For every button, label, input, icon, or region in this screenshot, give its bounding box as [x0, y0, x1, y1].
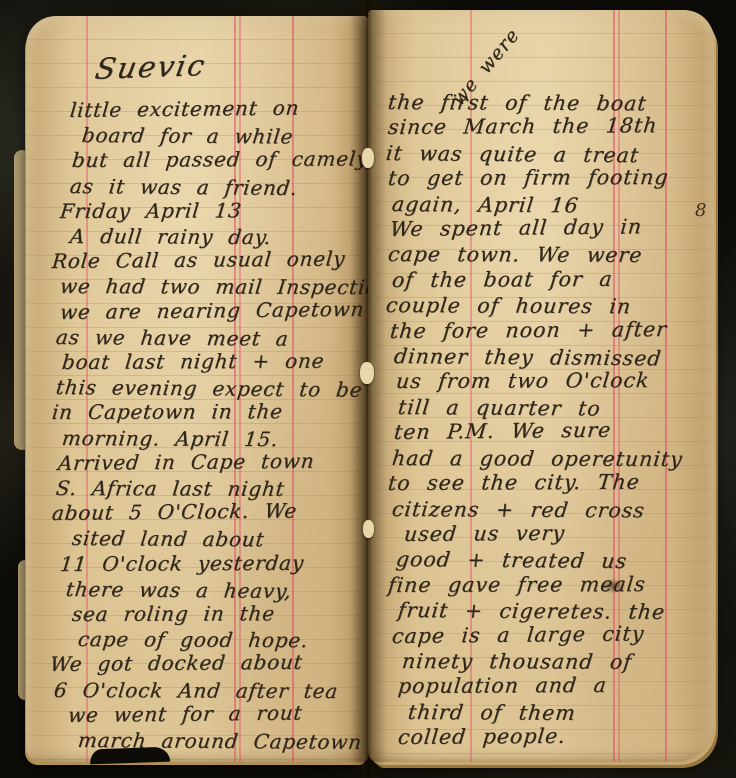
torn-binding-paper [362, 148, 374, 168]
handwriting-line: us from two O'clock [395, 368, 714, 395]
handwriting-line: 11 O'clock yesterday [59, 550, 368, 577]
torn-binding-paper [360, 362, 374, 384]
torn-binding-paper [363, 520, 374, 538]
notebook-scan: Suevic little excitement onboard for a w… [0, 0, 736, 778]
handwriting-line: the fore noon + after [389, 316, 714, 344]
handwriting-line: cape is a large city [391, 620, 714, 649]
handwriting-line: in Capetown in the [51, 399, 368, 425]
handwriting-line: used us very [403, 520, 714, 548]
handwriting-line: since March the 18th [387, 113, 714, 141]
handwriting-line: colled people. [397, 723, 714, 751]
page-heading-ship-name: Suevic [93, 48, 209, 86]
handwriting-line: We got docked about [49, 650, 368, 678]
handwriting-line: had a good operetunity [391, 446, 714, 473]
handwriting-line: to see the city. The [387, 469, 714, 496]
handwriting-line: We spent all day in [389, 214, 714, 243]
handwriting-line: sea roling in the [71, 601, 368, 627]
handwriting-line: boat last night + one [61, 348, 368, 375]
right-page-handwriting: the first of the boatsince March the 18t… [382, 90, 712, 751]
handwriting-line: we are nearing Capetown [59, 296, 368, 324]
handwriting-line: Friday April 13 [59, 198, 368, 224]
handwriting-line: of the boat for a [391, 266, 714, 293]
handwriting-line: ninety thousand of [401, 649, 714, 675]
handwriting-line: little excitement on [69, 95, 368, 123]
handwriting-line: fine gave free meals [387, 572, 714, 599]
handwriting-line: about 5 O'Clock. We [51, 498, 368, 526]
handwriting-line: but all passed of camely [71, 147, 368, 174]
left-page-handwriting: little excitement onboard for a whilebut… [42, 98, 366, 753]
handwriting-line: ten P.M. We sure [393, 417, 714, 446]
handwriting-line: cape town. We were [387, 242, 714, 269]
handwriting-line: sited land about [71, 526, 368, 553]
ink-smudge [600, 578, 626, 594]
handwriting-line: to get on firm footing [387, 165, 714, 192]
handwriting-line: Role Call as usual onely [51, 246, 368, 274]
handwriting-line: population and a [397, 673, 714, 700]
right-page: we were 8 the first of the boatsince Mar… [368, 10, 714, 762]
handwriting-line: we went for a rout [67, 700, 368, 728]
paper-tear-notch [90, 747, 170, 765]
left-page: Suevic little excitement onboard for a w… [26, 16, 368, 762]
handwriting-line: Arrived in Cape town [57, 448, 368, 476]
